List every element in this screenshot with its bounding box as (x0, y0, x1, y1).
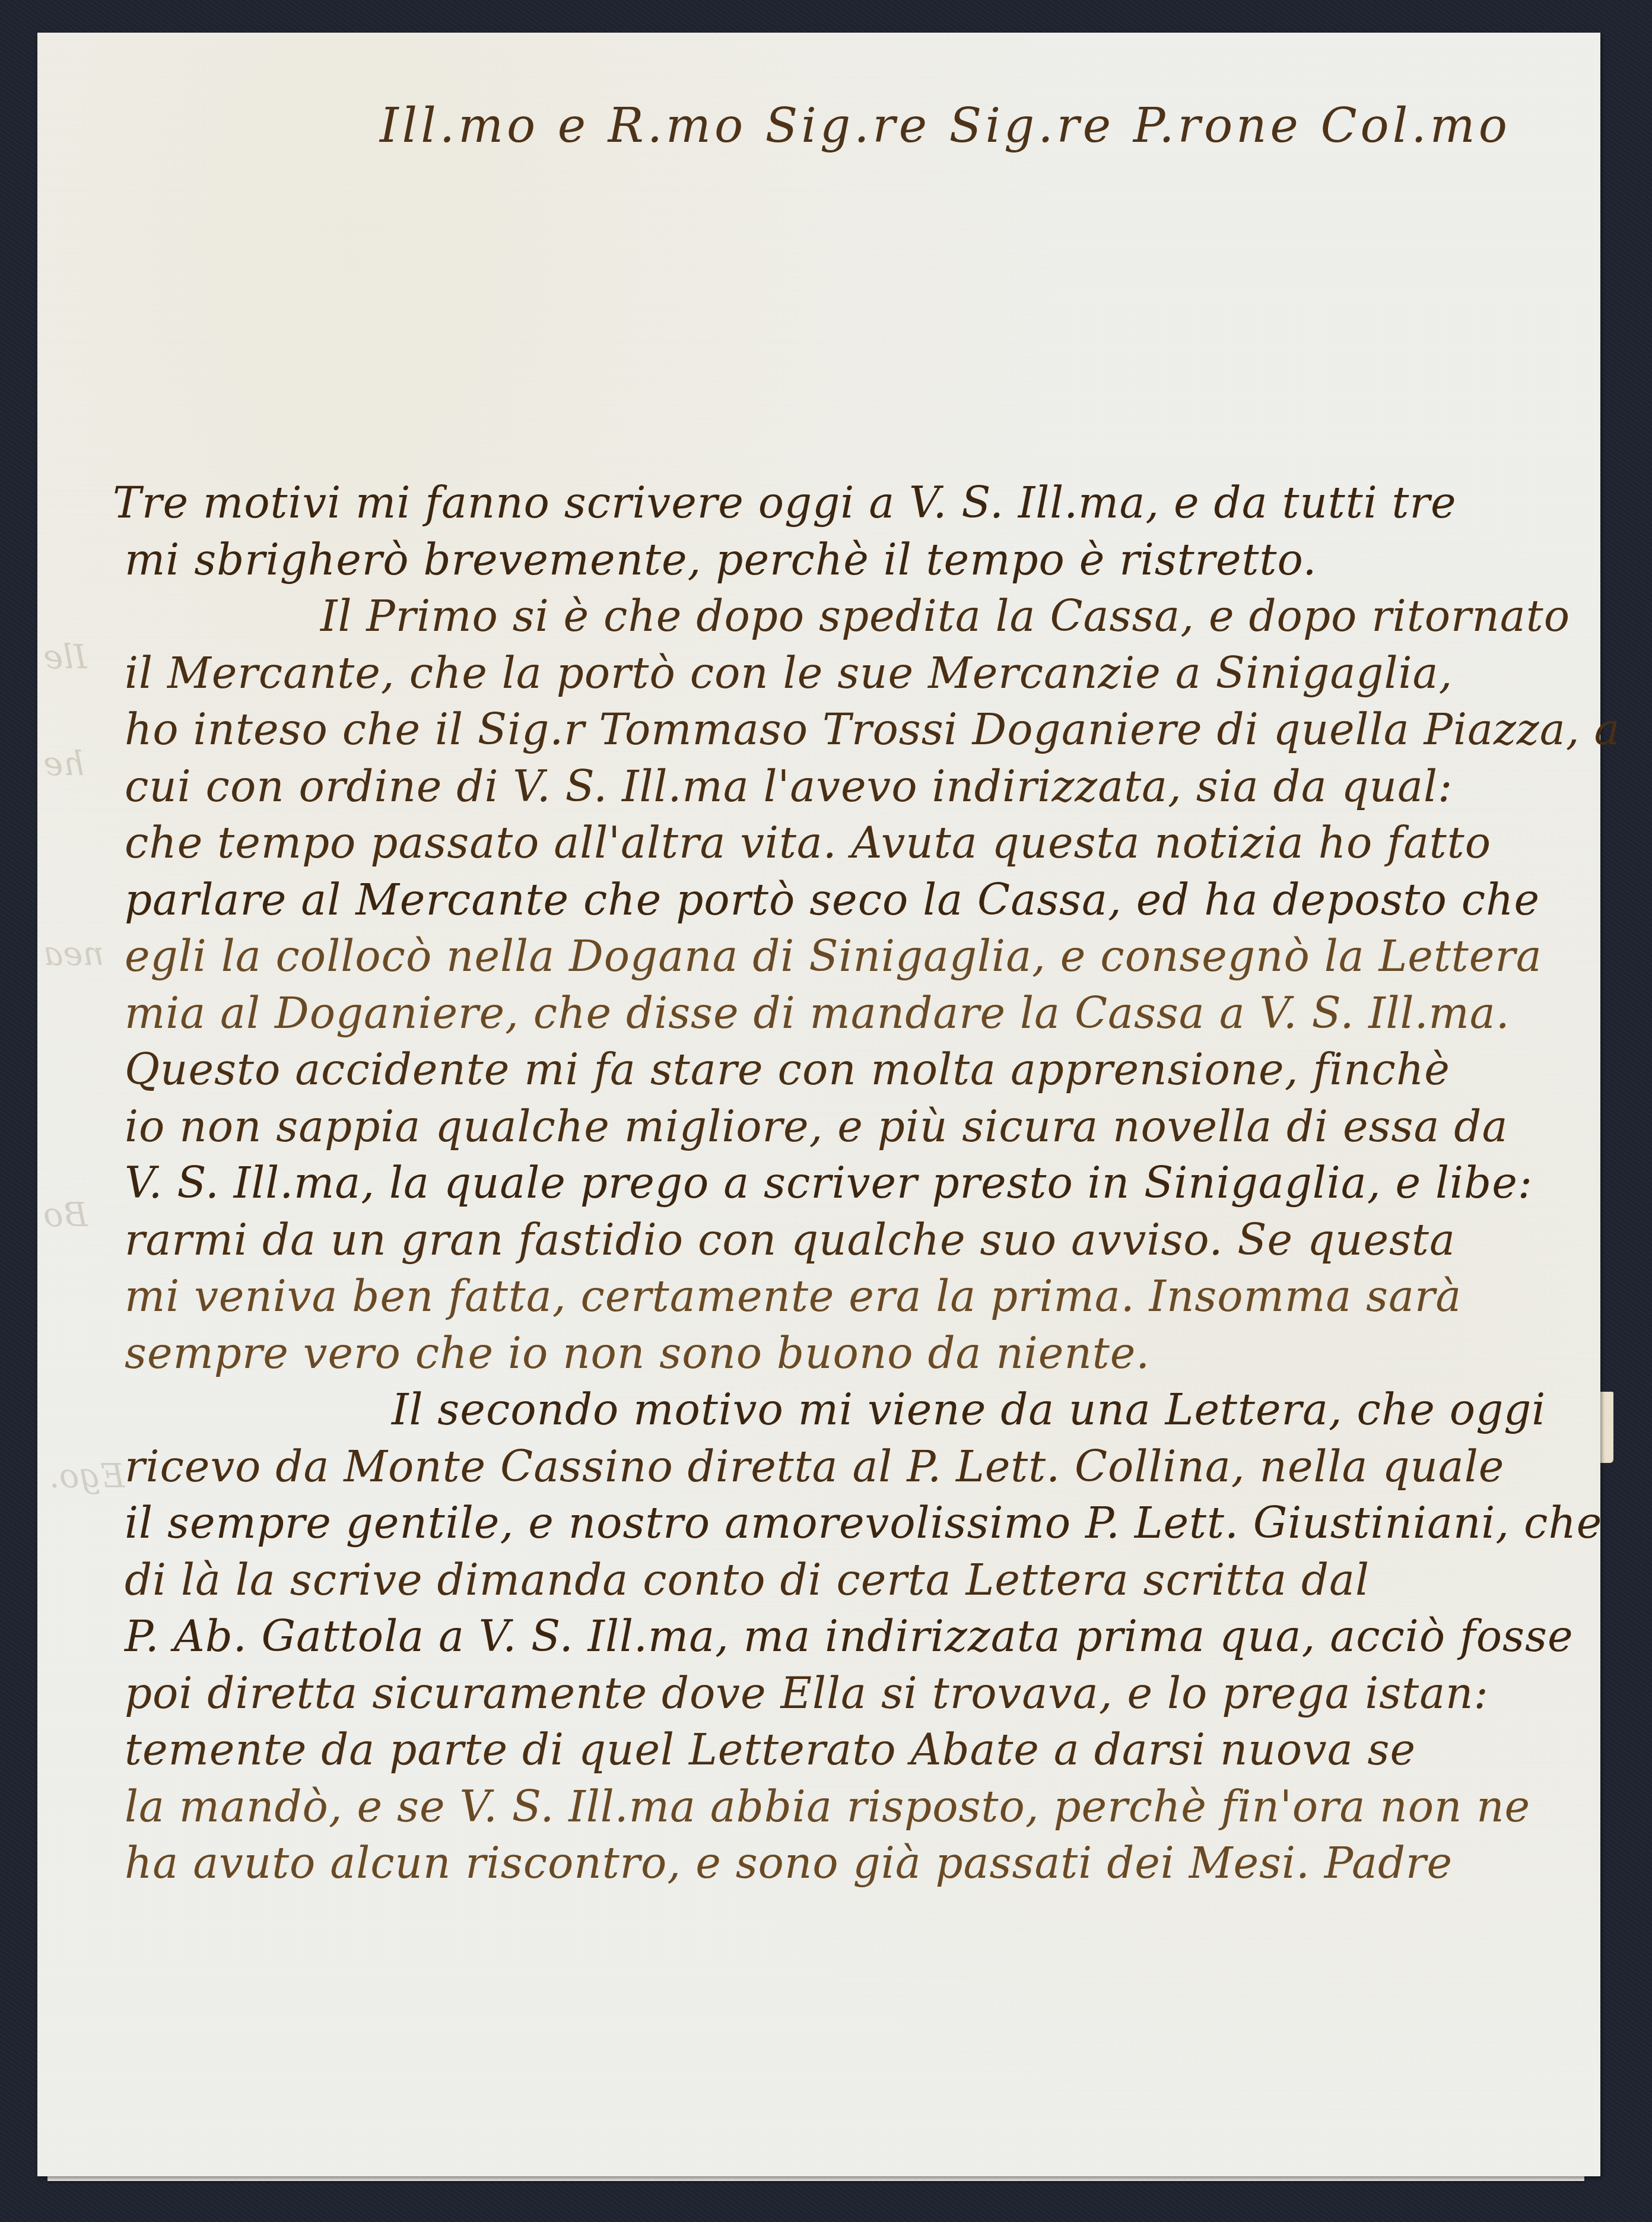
letter-line: mi veniva ben fatta, certamente era la p… (125, 1268, 1590, 1325)
letter-line: sempre vero che io non sono buono da nie… (125, 1325, 1590, 1382)
letter-line: io non sappia qualche migliore, e più si… (125, 1099, 1590, 1156)
bleed-through-text: nea (43, 935, 104, 973)
letter-line: V. S. Ill.ma, la quale prego a scriver p… (125, 1155, 1590, 1212)
letter-line: ha avuto alcun riscontro, e sono già pas… (125, 1835, 1590, 1892)
letter-line: egli la collocò nella Dogana di Sinigagl… (125, 928, 1590, 985)
letter-line: ricevo da Monte Cassino diretta al P. Le… (125, 1439, 1590, 1496)
salutation-heading: Ill.mo e R.mo Sig.re Sig.re P.rone Col.m… (380, 98, 1511, 153)
letter-body: Tre motivi mi fanno scrivere oggi a V. S… (125, 475, 1590, 1892)
letter-line: ho inteso che il Sig.r Tommaso Trossi Do… (125, 701, 1590, 758)
letter-line: P. Ab. Gattola a V. S. Ill.ma, ma indiri… (125, 1608, 1590, 1665)
letter-line: il sempre gentile, e nostro amorevolissi… (125, 1495, 1590, 1552)
paper-repair-tab (1600, 1392, 1613, 1463)
letter-line: il Mercante, che la portò con le sue Mer… (125, 645, 1590, 702)
bleed-through-text: Ego. (49, 1457, 125, 1496)
bleed-through-text: he (43, 745, 84, 783)
letter-line: poi diretta sicuramente dove Ella si tro… (125, 1665, 1590, 1722)
letter-line: Il Primo si è che dopo spedita la Cassa,… (125, 588, 1590, 645)
letter-line: rarmi da un gran fastidio con qualche su… (125, 1212, 1590, 1269)
bleed-through-text: Bo (43, 1196, 88, 1234)
letter-line: mia al Doganiere, che disse di mandare l… (125, 985, 1590, 1042)
letter-line: cui con ordine di V. S. Ill.ma l'avevo i… (125, 758, 1590, 815)
letter-line: Tre motivi mi fanno scrivere oggi a V. S… (113, 475, 1590, 532)
letter-line: Questo accidente mi fa stare con molta a… (125, 1042, 1590, 1099)
letter-line: parlare al Mercante che portò seco la Ca… (125, 872, 1590, 929)
letter-line: temente da parte di quel Letterato Abate… (125, 1722, 1590, 1779)
letter-line: Il secondo motivo mi viene da una Letter… (125, 1382, 1590, 1439)
letter-line: mi sbrigherò brevemente, perchè il tempo… (125, 532, 1590, 589)
bleed-through-text: Ile (43, 638, 87, 677)
letter-line: di là la scrive dimanda conto di certa L… (125, 1552, 1590, 1609)
letter-line: che tempo passato all'altra vita. Avuta … (125, 815, 1590, 872)
letter-line: la mandò, e se V. S. Ill.ma abbia rispos… (125, 1779, 1590, 1836)
